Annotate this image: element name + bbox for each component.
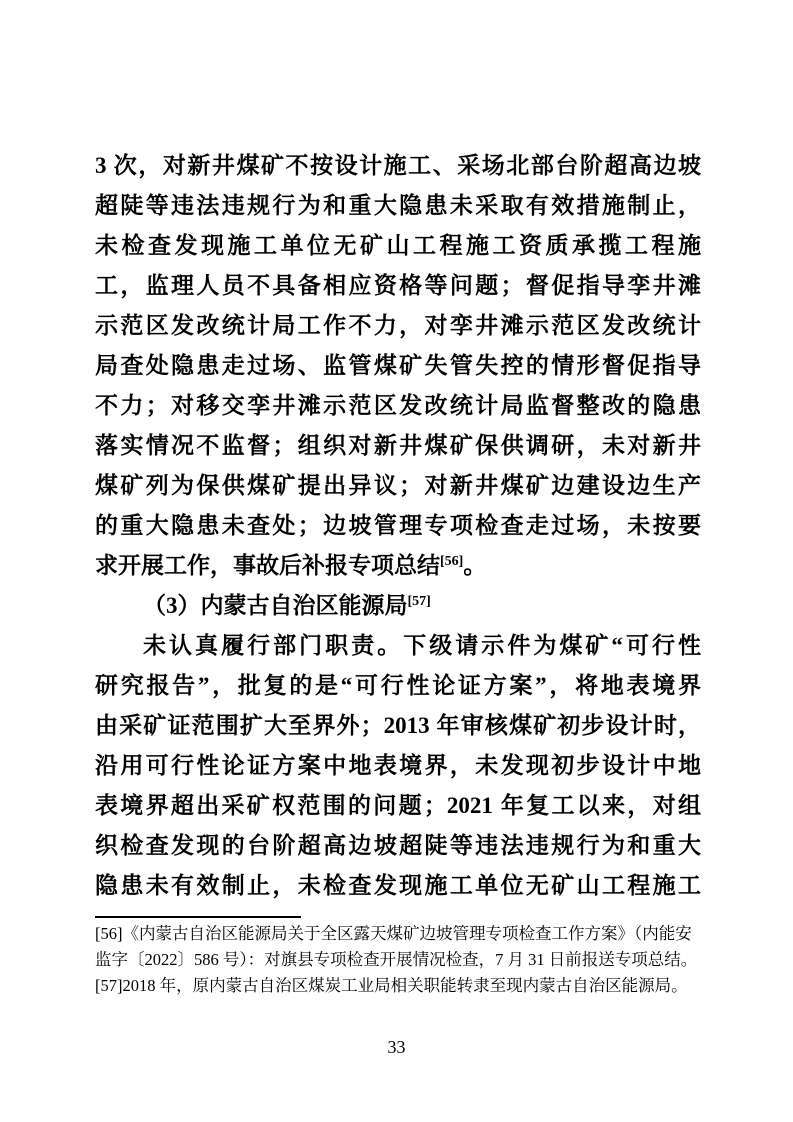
text-line-content: 沿用可行性论证方案中地表境界，未发现初步设计中地 bbox=[95, 753, 701, 778]
text-line-content: 隐患未有效制止，未检查发现施工单位无矿山工程施工 bbox=[95, 873, 701, 898]
text-line: 由采矿证范围扩大至界外；2013 年审核煤矿初步设计时， bbox=[95, 706, 701, 746]
text-line-content: 织检查发现的台阶超高边坡超陡等违法违规行为和重大 bbox=[95, 833, 701, 858]
footnote-marker: [57] bbox=[408, 594, 431, 609]
page-number: 33 bbox=[0, 1037, 793, 1058]
text-line: 煤矿列为保供煤矿提出异议；对新井煤矿边建设边生产 bbox=[95, 466, 701, 506]
text-line-content: 局查处隐患走过场、监管煤矿失管失控的情形督促指导 bbox=[95, 353, 701, 378]
text-line: 的重大隐患未查处；边坡管理专项检查走过场，未按要 bbox=[95, 506, 701, 546]
footnote-marker: [56] bbox=[440, 554, 463, 569]
footnote-block: [56]《内蒙古自治区能源局关于全区露天煤矿边坡管理专项检查工作方案》（内能安监… bbox=[95, 921, 720, 999]
text-line: 未认真履行部门职责。下级请示件为煤矿“可行性 bbox=[95, 626, 701, 666]
text-line-content: 的重大隐患未查处；边坡管理专项检查走过场，未按要 bbox=[95, 513, 701, 538]
text-line-content: 未检查发现施工单位无矿山工程施工资质承揽工程施 bbox=[95, 233, 701, 258]
footnote-line: 监字〔2022〕586 号）：对旗县专项检查开展情况检查，7 月 31 日前报送… bbox=[95, 947, 720, 973]
text-line-content: 表境界超出采矿权范围的问题；2021 年复工以来，对组 bbox=[95, 793, 701, 818]
text-line: 表境界超出采矿权范围的问题；2021 年复工以来，对组 bbox=[95, 786, 701, 826]
text-line: 局查处隐患走过场、监管煤矿失管失控的情形督促指导 bbox=[95, 346, 701, 386]
text-line-content: 工，监理人员不具备相应资格等问题；督促指导孪井滩 bbox=[95, 273, 701, 298]
text-line-content: （3）内蒙古自治区能源局 bbox=[143, 593, 408, 618]
text-line: 隐患未有效制止，未检查发现施工单位无矿山工程施工 bbox=[95, 866, 701, 906]
text-line: 3 次，对新井煤矿不按设计施工、采场北部台阶超高边坡 bbox=[95, 146, 701, 186]
text-line-content: 示范区发改统计局工作不力，对孪井滩示范区发改统计 bbox=[95, 313, 701, 338]
text-line-content: 3 次，对新井煤矿不按设计施工、采场北部台阶超高边坡 bbox=[95, 153, 701, 178]
footnote-separator bbox=[95, 916, 301, 918]
text-line: 未检查发现施工单位无矿山工程施工资质承揽工程施 bbox=[95, 226, 701, 266]
text-line: 织检查发现的台阶超高边坡超陡等违法违规行为和重大 bbox=[95, 826, 701, 866]
text-line: 沿用可行性论证方案中地表境界，未发现初步设计中地 bbox=[95, 746, 701, 786]
text-line: （3）内蒙古自治区能源局[57] bbox=[95, 586, 701, 626]
text-line: 不力；对移交孪井滩示范区发改统计局监督整改的隐患 bbox=[95, 386, 701, 426]
footnote-line: [57]2018 年，原内蒙古自治区煤炭工业局相关职能转隶至现内蒙古自治区能源局… bbox=[95, 973, 720, 999]
text-line-content: 由采矿证范围扩大至界外；2013 年审核煤矿初步设计时， bbox=[95, 713, 701, 738]
text-line: 工，监理人员不具备相应资格等问题；督促指导孪井滩 bbox=[95, 266, 701, 306]
text-line: 示范区发改统计局工作不力，对孪井滩示范区发改统计 bbox=[95, 306, 701, 346]
text-line-content: 不力；对移交孪井滩示范区发改统计局监督整改的隐患 bbox=[95, 393, 701, 418]
text-line: 求开展工作，事故后补报专项总结[56]。 bbox=[95, 546, 701, 586]
text-line: 研究报告”，批复的是“可行性论证方案”，将地表境界 bbox=[95, 666, 701, 706]
text-line: 超陡等违法违规行为和重大隐患未采取有效措施制止， bbox=[95, 186, 701, 226]
text-line-content: 求开展工作，事故后补报专项总结 bbox=[95, 553, 440, 578]
document-page: 3 次，对新井煤矿不按设计施工、采场北部台阶超高边坡超陡等违法违规行为和重大隐患… bbox=[0, 0, 793, 1122]
text-line-content: 落实情况不监督；组织对新井煤矿保供调研，未对新井 bbox=[95, 433, 701, 458]
main-text-block: 3 次，对新井煤矿不按设计施工、采场北部台阶超高边坡超陡等违法违规行为和重大隐患… bbox=[95, 146, 701, 906]
text-line-tail: 。 bbox=[463, 553, 486, 578]
footnote-line: [56]《内蒙古自治区能源局关于全区露天煤矿边坡管理专项检查工作方案》（内能安 bbox=[95, 921, 720, 947]
text-line-content: 未认真履行部门职责。下级请示件为煤矿“可行性 bbox=[143, 633, 701, 658]
text-line-content: 煤矿列为保供煤矿提出异议；对新井煤矿边建设边生产 bbox=[95, 473, 701, 498]
text-line-content: 研究报告”，批复的是“可行性论证方案”，将地表境界 bbox=[95, 673, 701, 698]
text-line-content: 超陡等违法违规行为和重大隐患未采取有效措施制止， bbox=[95, 193, 701, 218]
text-line: 落实情况不监督；组织对新井煤矿保供调研，未对新井 bbox=[95, 426, 701, 466]
